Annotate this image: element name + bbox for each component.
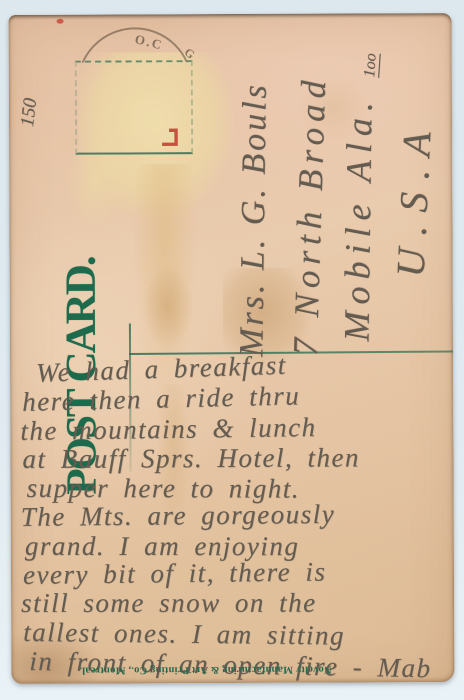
- address-line-recipient: Mrs. L. G. Bouls: [235, 42, 273, 357]
- message-line: still some snow on the: [21, 589, 454, 618]
- address-line-country: U.S.A: [391, 78, 440, 278]
- message-line: The Mts. are gorgeously: [21, 499, 455, 532]
- message-line: at Bauff Sprs. Hotel, then: [22, 443, 454, 474]
- postmark: O.C G: [61, 24, 221, 63]
- pencil-notation-left-edge: 150: [17, 58, 47, 128]
- publisher-imprint: Novelty Manufacturing & Art Printing Co.…: [49, 663, 361, 675]
- handwritten-message: We had a breakfast here then a ride thru…: [20, 357, 454, 676]
- red-cancel-mark-icon: [157, 124, 183, 150]
- message-line: the mountains & lunch: [20, 411, 454, 446]
- address-line-street: 7 North Broad: [288, 55, 332, 356]
- postcard-back: O.C G POST CARD. 150 1oo Mrs. L. G. Boul…: [9, 13, 455, 684]
- message-line: every bit of it, there is: [23, 555, 455, 589]
- scan-background: { "scene": { "description": "Scanned bac…: [0, 0, 464, 700]
- water-stain-blotch: [144, 264, 192, 349]
- address-line-city: Mobile Ala.: [338, 57, 378, 341]
- red-ink-speck: [57, 19, 64, 24]
